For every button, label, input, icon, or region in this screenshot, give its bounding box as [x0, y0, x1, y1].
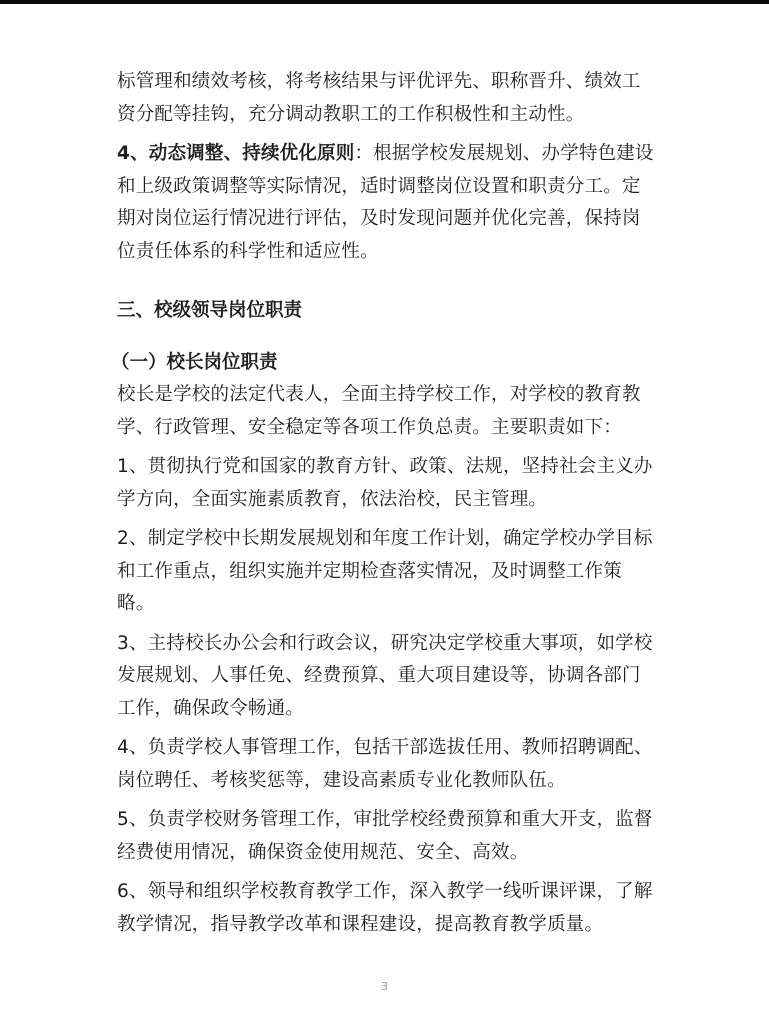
- top-edge-bar: [0, 0, 769, 4]
- page-number: 3: [0, 980, 769, 993]
- duty-item-1: 1、贯彻执行党和国家的教育方针、政策、法规，坚持社会主义办学方向，全面实施素质教…: [117, 451, 657, 516]
- duty-item-4: 4、负责学校人事管理工作，包括干部选拔任用、教师招聘调配、岗位聘任、考核奖惩等，…: [117, 732, 657, 797]
- section-heading: 三、校级领导岗位职责: [117, 295, 657, 327]
- subsection-heading: （一）校长岗位职责: [111, 347, 657, 379]
- document-page: 标管理和绩效考核，将考核结果与评优评先、职称晋升、绩效工资分配等挂钩，充分调动教…: [117, 66, 657, 941]
- duty-item-3: 3、主持校长办公会和行政会议，研究决定学校重大事项，如学校发展规划、人事任免、经…: [117, 628, 657, 726]
- principle-4-title: 4、动态调整、持续优化原则: [117, 143, 354, 164]
- duty-item-2: 2、制定学校中长期发展规划和年度工作计划，确定学校办学目标和工作重点，组织实施并…: [117, 523, 657, 621]
- intro-paragraph: 校长是学校的法定代表人，全面主持学校工作，对学校的教育教学、行政管理、安全稳定等…: [117, 379, 657, 444]
- duty-item-5: 5、负责学校财务管理工作，审批学校经费预算和重大开支，监督经费使用情况，确保资金…: [117, 804, 657, 869]
- continuation-paragraph: 标管理和绩效考核，将考核结果与评优评先、职称晋升、绩效工资分配等挂钩，充分调动教…: [117, 66, 657, 131]
- principle-4-separator: ：: [354, 143, 373, 164]
- principle-4-paragraph: 4、动态调整、持续优化原则：根据学校发展规划、办学特色建设和上级政策调整等实际情…: [117, 138, 657, 268]
- duty-item-6: 6、领导和组织学校教育教学工作，深入教学一线听课评课，了解教学情况，指导教学改革…: [117, 876, 657, 941]
